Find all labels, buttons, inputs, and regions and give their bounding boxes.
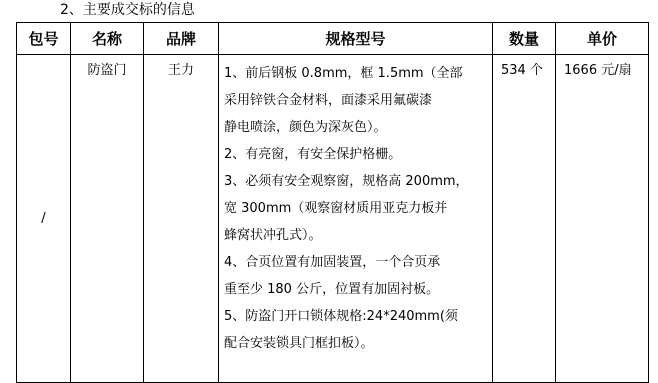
- spec-line: 宽 300mm（观察窗材质用亚克力板并: [224, 195, 488, 222]
- header-name: 名称: [71, 23, 144, 55]
- spec-line: 3、必须有安全观察窗，规格高 200mm，: [224, 168, 488, 195]
- package-value: /: [41, 211, 45, 226]
- spec-line: 重至少 180 公斤，位置有加固衬板。: [224, 276, 488, 303]
- unit-price-value: 1666 元/扇: [556, 55, 648, 80]
- section-heading: 2、主要成交标的信息: [60, 0, 195, 20]
- header-quantity: 数量: [493, 23, 556, 55]
- cell-quantity: 534 个: [493, 55, 556, 383]
- spec-line: 静电喷涂，颜色为深灰色）。: [224, 114, 488, 141]
- name-value: 防盗门: [71, 55, 143, 80]
- header-unit-price: 单价: [556, 23, 649, 55]
- bid-info-table: 包号 名称 品牌 规格型号 数量 单价 / 防盗门 王力 1、前后钢板 0.8m…: [16, 22, 649, 383]
- cell-package: /: [17, 55, 71, 383]
- cell-spec: 1、前后钢板 0.8mm，框 1.5mm（全部 采用锌铁合金材料，面漆采用氟碳漆…: [219, 55, 493, 383]
- cell-unit-price: 1666 元/扇: [556, 55, 649, 383]
- spec-line: 配合安装锁具门框扣板）。: [224, 330, 488, 357]
- spec-line: 4、合页位置有加固装置，一个合页承: [224, 249, 488, 276]
- table-row: / 防盗门 王力 1、前后钢板 0.8mm，框 1.5mm（全部 采用锌铁合金材…: [17, 55, 649, 383]
- header-spec: 规格型号: [219, 23, 493, 55]
- brand-value: 王力: [144, 55, 218, 80]
- spec-line: 蜂窝状冲孔式）。: [224, 222, 488, 249]
- quantity-value: 534 个: [493, 55, 555, 80]
- cell-brand: 王力: [144, 55, 219, 383]
- spec-line: 1、前后钢板 0.8mm，框 1.5mm（全部: [224, 60, 488, 87]
- spec-line: 5、防盗门开口锁体规格:24*240mm(须: [224, 303, 488, 330]
- cell-name: 防盗门: [71, 55, 144, 383]
- spec-line: 采用锌铁合金材料，面漆采用氟碳漆: [224, 87, 488, 114]
- header-package: 包号: [17, 23, 71, 55]
- header-brand: 品牌: [144, 23, 219, 55]
- table-header-row: 包号 名称 品牌 规格型号 数量 单价: [17, 23, 649, 55]
- spec-line: 2、有亮窗，有安全保护格栅。: [224, 141, 488, 168]
